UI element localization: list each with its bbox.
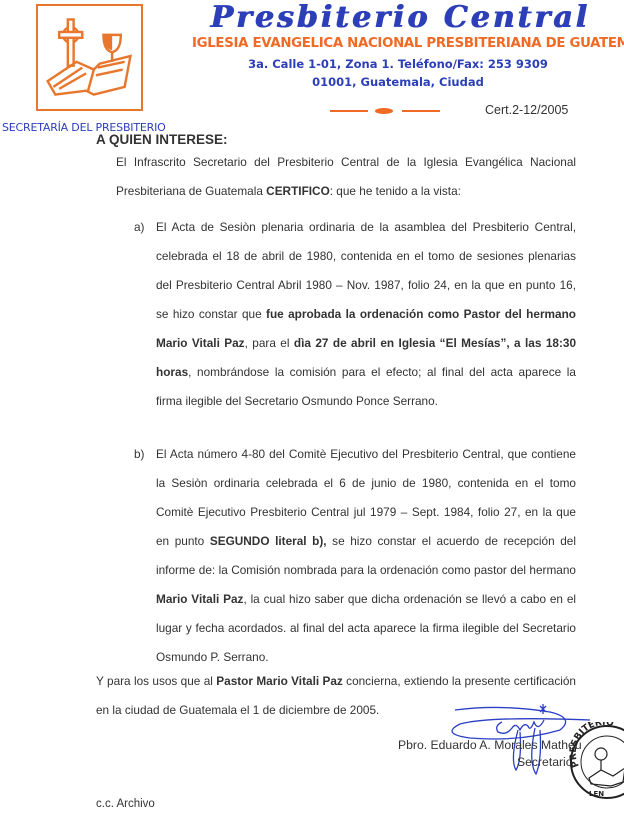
- signer-title: Secretario: [517, 755, 573, 769]
- church-logo: [36, 4, 143, 111]
- item-b-bold-1: SEGUNDO literal b),: [210, 534, 327, 548]
- divider-line-right: [402, 110, 440, 112]
- signer-name: Pbro. Eduardo A. Morales Matheu: [398, 738, 582, 752]
- item-a-text-1: El Acta de Sesiòn plenaria ordinaria de …: [156, 220, 576, 321]
- organization-subtitle: IGLESIA EVANGELICA NACIONAL PRESBITERIAN…: [192, 36, 604, 51]
- presbiterio-seal-icon: PRESBITERIO LEN: [567, 722, 624, 802]
- item-b-bold-2: Mario Vitali Paz: [156, 592, 243, 606]
- closing-text-1: Y para los usos que al: [96, 674, 216, 688]
- divider-line-left: [330, 110, 368, 112]
- item-marker-a: a): [134, 213, 145, 242]
- certifico-bold: CERTIFICO: [266, 184, 330, 198]
- intro-paragraph: El Infrascrito Secretario del Presbiteri…: [116, 148, 576, 206]
- address-line-1: 3a. Calle 1-01, Zona 1. Teléfono/Fax: 25…: [192, 57, 604, 71]
- intro-text-end: : que he tenido a la vista:: [330, 184, 461, 198]
- closing-bold: Pastor Mario Vitali Paz: [216, 674, 343, 688]
- carbon-copy-note: c.c. Archivo: [96, 798, 155, 810]
- address-line-2: 01001, Guatemala, Ciudad: [192, 75, 604, 89]
- item-a-paragraph: El Acta de Sesiòn plenaria ordinaria de …: [156, 213, 576, 416]
- item-a-text-3: , nombrándose la comisión para el efecto…: [156, 365, 576, 408]
- svg-text:PRESBITERIO: PRESBITERIO: [569, 722, 615, 769]
- cross-chalice-bible-icon: [38, 6, 141, 109]
- organization-title: Presbiterio Central: [210, 0, 590, 35]
- svg-text:LEN: LEN: [589, 790, 604, 798]
- item-b-paragraph: El Acta número 4-80 del Comitè Ejecutivo…: [156, 440, 576, 672]
- item-b-text-1: El Acta número 4-80 del Comitè Ejecutivo…: [156, 447, 576, 548]
- item-marker-b: b): [134, 440, 145, 469]
- divider-dot: [375, 108, 393, 114]
- item-a-text-2: , para el: [245, 336, 294, 350]
- greeting: A QUIEN INTERESE:: [96, 132, 228, 147]
- certificate-reference: Cert.2-12/2005: [485, 103, 568, 117]
- ornamental-divider: [330, 108, 440, 114]
